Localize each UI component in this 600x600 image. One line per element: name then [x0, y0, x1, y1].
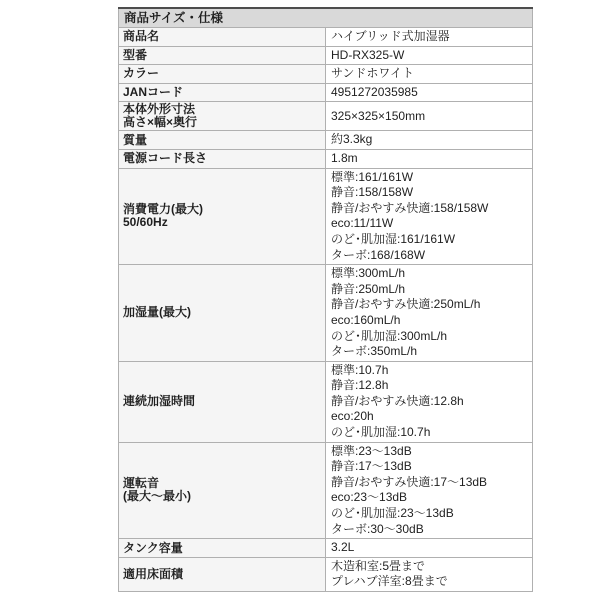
spec-label-line: 電源コード長さ [123, 152, 321, 165]
spec-value-line: 静音:250mL/h [331, 282, 527, 298]
spec-value: 3.2L [326, 539, 533, 558]
table-row: 本体外形寸法高さ×幅×奥行325×325×150mm [119, 102, 533, 131]
spec-label: JANコード [119, 83, 326, 102]
spec-value-line: 1.8m [331, 151, 527, 167]
spec-value-line: 約3.3kg [331, 132, 527, 148]
spec-value-line: eco:160mL/h [331, 313, 527, 329]
product-spec-table: 商品サイズ・仕様 商品名ハイブリッド式加湿器型番HD-RX325-Wカラーサンド… [118, 7, 533, 592]
spec-label: カラー [119, 65, 326, 84]
spec-value-line: eco:23〜13dB [331, 490, 527, 506]
table-row: 型番HD-RX325-W [119, 46, 533, 65]
spec-label-line: 50/60Hz [123, 216, 321, 229]
spec-label-line: JANコード [123, 86, 321, 99]
spec-value-line: のど･肌加湿:161/161W [331, 232, 527, 248]
spec-value-line: 標準:161/161W [331, 170, 527, 186]
spec-value-line: のど･肌加湿:10.7h [331, 425, 527, 441]
spec-label: 型番 [119, 46, 326, 65]
spec-value-line: 4951272035985 [331, 85, 527, 101]
spec-value-line: eco:11/11W [331, 216, 527, 232]
spec-value: 1.8m [326, 149, 533, 168]
spec-label: 消費電力(最大)50/60Hz [119, 168, 326, 265]
spec-label: 商品名 [119, 28, 326, 47]
spec-value-line: プレハブ洋室:8畳まで [331, 574, 527, 590]
spec-value: 約3.3kg [326, 131, 533, 150]
spec-label-line: 連続加湿時間 [123, 395, 321, 408]
spec-label-line: 高さ×幅×奥行 [123, 116, 321, 129]
table-row: 適用床面積木造和室:5畳までプレハブ洋室:8畳まで [119, 557, 533, 591]
spec-label: 適用床面積 [119, 557, 326, 591]
spec-label: 連続加湿時間 [119, 361, 326, 442]
spec-value-line: 標準:300mL/h [331, 266, 527, 282]
table-row: カラーサンドホワイト [119, 65, 533, 84]
table-row: 消費電力(最大)50/60Hz標準:161/161W静音:158/158W静音/… [119, 168, 533, 265]
spec-value: 標準:300mL/h静音:250mL/h静音/おやすみ快適:250mL/heco… [326, 265, 533, 362]
table-row: 商品名ハイブリッド式加湿器 [119, 28, 533, 47]
spec-value-line: ハイブリッド式加湿器 [331, 29, 527, 45]
spec-value: 標準:161/161W静音:158/158W静音/おやすみ快適:158/158W… [326, 168, 533, 265]
spec-label: 加湿量(最大) [119, 265, 326, 362]
spec-value: 325×325×150mm [326, 102, 533, 131]
spec-value-line: ターボ:168/168W [331, 248, 527, 264]
spec-value-line: 静音:158/158W [331, 185, 527, 201]
spec-value-line: 標準:10.7h [331, 363, 527, 379]
spec-label-line: 適用床面積 [123, 568, 321, 581]
spec-label-line: (最大〜最小) [123, 490, 321, 503]
spec-label: 質量 [119, 131, 326, 150]
spec-table-body: 商品名ハイブリッド式加湿器型番HD-RX325-WカラーサンドホワイトJANコー… [119, 28, 533, 592]
spec-value-line: 325×325×150mm [331, 109, 527, 125]
table-row: 連続加湿時間標準:10.7h静音:12.8h静音/おやすみ快適:12.8heco… [119, 361, 533, 442]
spec-label-line: 質量 [123, 134, 321, 147]
spec-value-line: ターボ:350mL/h [331, 344, 527, 360]
spec-table-header: 商品サイズ・仕様 [119, 8, 533, 28]
spec-value: サンドホワイト [326, 65, 533, 84]
spec-value-line: ターボ:30〜30dB [331, 522, 527, 538]
table-row: 加湿量(最大)標準:300mL/h静音:250mL/h静音/おやすみ快適:250… [119, 265, 533, 362]
spec-value-line: 静音/おやすみ快適:17〜13dB [331, 475, 527, 491]
spec-label-line: タンク容量 [123, 542, 321, 555]
spec-value: 木造和室:5畳までプレハブ洋室:8畳まで [326, 557, 533, 591]
spec-label-line: カラー [123, 67, 321, 80]
spec-value-line: 木造和室:5畳まで [331, 559, 527, 575]
spec-value-line: サンドホワイト [331, 66, 527, 82]
spec-value-line: HD-RX325-W [331, 48, 527, 64]
spec-value-line: 静音:12.8h [331, 378, 527, 394]
page: 商品サイズ・仕様 商品名ハイブリッド式加湿器型番HD-RX325-Wカラーサンド… [0, 0, 600, 600]
spec-value-line: のど･肌加湿:300mL/h [331, 329, 527, 345]
spec-table-title: 商品サイズ・仕様 [119, 8, 533, 28]
table-row: 運転音(最大〜最小)標準:23〜13dB静音:17〜13dB静音/おやすみ快適:… [119, 442, 533, 539]
spec-label: 本体外形寸法高さ×幅×奥行 [119, 102, 326, 131]
table-row: JANコード4951272035985 [119, 83, 533, 102]
spec-value-line: 3.2L [331, 540, 527, 556]
spec-value-line: 静音/おやすみ快適:250mL/h [331, 297, 527, 313]
spec-label: タンク容量 [119, 539, 326, 558]
spec-value-line: eco:20h [331, 409, 527, 425]
spec-value-line: 静音:17〜13dB [331, 459, 527, 475]
table-row: 電源コード長さ1.8m [119, 149, 533, 168]
spec-value-line: 静音/おやすみ快適:12.8h [331, 394, 527, 410]
spec-label-line: 商品名 [123, 30, 321, 43]
table-row: タンク容量3.2L [119, 539, 533, 558]
table-title-row: 商品サイズ・仕様 [119, 8, 533, 28]
spec-label-line: 加湿量(最大) [123, 306, 321, 319]
spec-value: ハイブリッド式加湿器 [326, 28, 533, 47]
spec-value-line: のど･肌加湿:23〜13dB [331, 506, 527, 522]
spec-label: 運転音(最大〜最小) [119, 442, 326, 539]
spec-label-line: 型番 [123, 49, 321, 62]
spec-value: 標準:10.7h静音:12.8h静音/おやすみ快適:12.8heco:20hのど… [326, 361, 533, 442]
spec-value-line: 静音/おやすみ快適:158/158W [331, 201, 527, 217]
spec-value: HD-RX325-W [326, 46, 533, 65]
spec-label: 電源コード長さ [119, 149, 326, 168]
spec-value: 4951272035985 [326, 83, 533, 102]
spec-value: 標準:23〜13dB静音:17〜13dB静音/おやすみ快適:17〜13dBeco… [326, 442, 533, 539]
table-row: 質量約3.3kg [119, 131, 533, 150]
spec-value-line: 標準:23〜13dB [331, 444, 527, 460]
